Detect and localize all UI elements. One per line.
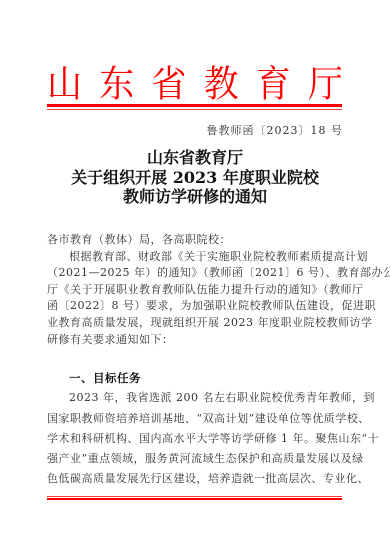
masthead-rule-thick: [47, 104, 342, 107]
paragraph-line: 学术和科研机构、国内高水平大学等访学研修 1 年。聚焦山东“十: [47, 429, 342, 449]
document-title: 山东省教育厅 关于组织开展 2023 年度职业院校 教师访学研修的通知: [40, 148, 350, 207]
masthead-char: 东: [99, 65, 134, 105]
document-number: 鲁教师函〔2023〕18 号: [207, 122, 344, 138]
paragraph-line: 业教育高质量发展，现就组织开展 2023 年度职业院校教师访学: [47, 315, 342, 332]
paragraph-line: 函〔2022〕8 号）要求，为加强职业院校教师队伍建设，促进职: [47, 298, 342, 315]
document-page: 山 东 省 教 育 厅 鲁教师函〔2023〕18 号 山东省教育厅 关于组织开展…: [0, 0, 390, 555]
masthead-char: 教: [204, 65, 239, 105]
masthead-char: 厅: [308, 65, 343, 105]
paragraph-line: 色低碳高质量发展先行区建设，培养造就一批高层次、专业化、: [47, 469, 342, 489]
paragraph-line: 强产业”重点领域，服务黄河流域生态保护和高质量发展以及绿: [47, 449, 342, 469]
section-target-tasks: 一、目标任务 2023 年，我省选派 200 名左右职业院校优秀青年教师，到 国…: [47, 368, 342, 490]
salutation: 各市教育（教体）局，各高职院校：: [47, 232, 342, 249]
title-line: 关于组织开展 2023 年度职业院校: [40, 168, 350, 188]
section-heading: 一、目标任务: [47, 368, 342, 388]
masthead-issuer: 山 东 省 教 育 厅: [47, 66, 343, 104]
title-line: 教师访学研修的通知: [40, 187, 350, 207]
masthead-rule-thin: [47, 109, 342, 110]
masthead-char: 育: [256, 65, 291, 105]
footer-rule-thick: [47, 498, 342, 501]
paragraph-line: 根据教育部、财政部《关于实施职业院校教师素质提高计划: [47, 249, 342, 266]
paragraph-line: 研修有关要求通知如下：: [47, 332, 342, 349]
masthead-char: 省: [151, 65, 186, 105]
paragraph-line: 厅《关于开展职业教育教师队伍能力提升行动的通知》（教师厅: [47, 282, 342, 299]
title-line: 山东省教育厅: [40, 148, 350, 168]
paragraph-line: （2021—2025 年）的通知》（教师函〔2021〕6 号）、教育部办公: [47, 265, 342, 282]
footer-rule-thin: [47, 496, 342, 497]
document-body: 各市教育（教体）局，各高职院校： 根据教育部、财政部《关于实施职业院校教师素质提…: [47, 232, 342, 348]
paragraph-line: 国家职教师资培养培训基地、“双高计划”建设单位等优质学校、: [47, 409, 342, 429]
masthead-char: 山: [47, 65, 82, 105]
paragraph-line: 2023 年，我省选派 200 名左右职业院校优秀青年教师，到: [47, 388, 342, 408]
